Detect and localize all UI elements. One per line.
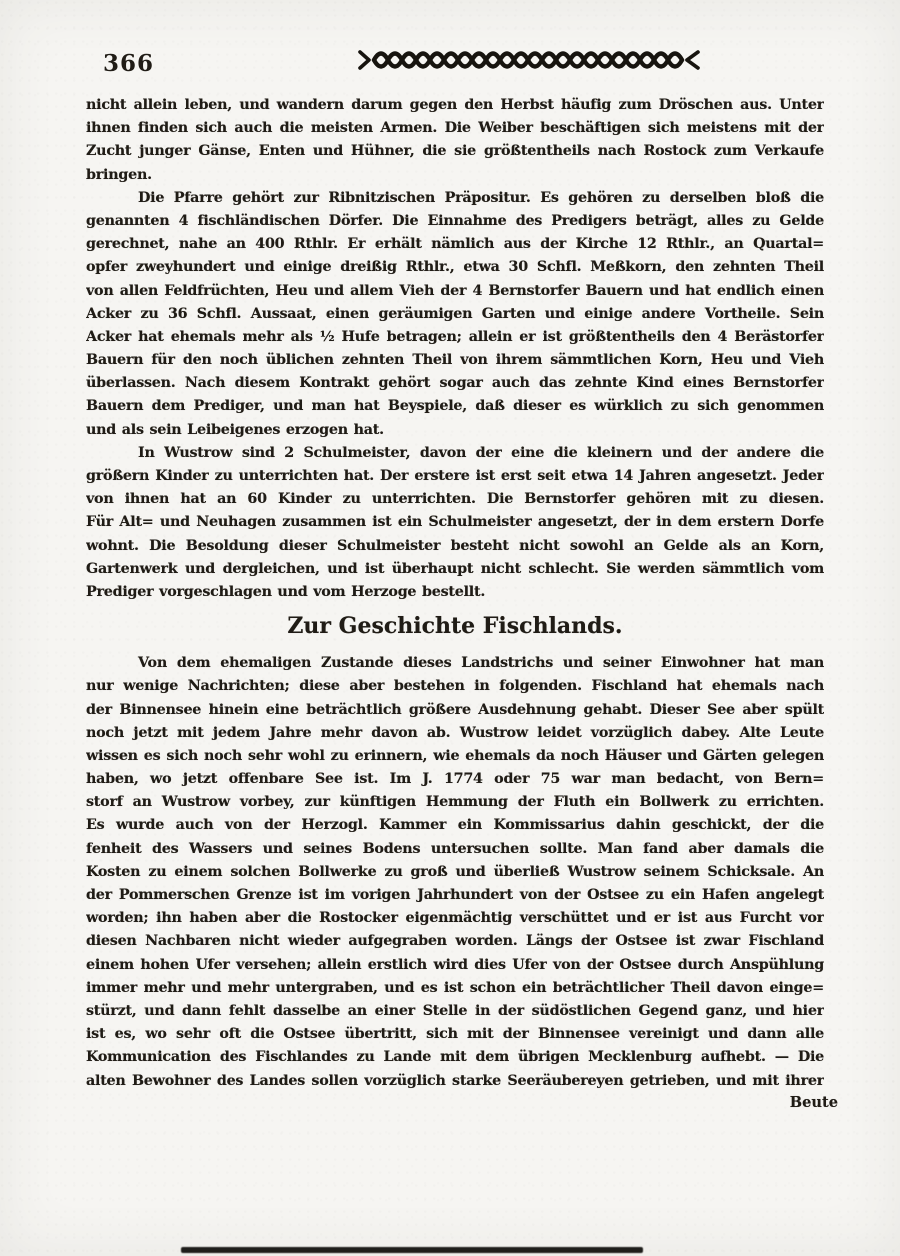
text-line: von allen Feldfrüchten, Heu und allem Vi… [86, 280, 824, 303]
text-line: opfer zweyhundert und einige dreißig Rth… [86, 256, 824, 279]
text-line: von ihnen hat an 60 Kinder zu unterricht… [86, 488, 824, 511]
text-line: nicht allein leben, und wandern darum ge… [86, 94, 824, 117]
text-line: Prediger vorgeschlagen und vom Herzoge b… [86, 581, 824, 604]
text-line: gerechnet, nahe an 400 Rthlr. Er erhält … [86, 233, 824, 256]
text-line: wohnt. Die Besoldung dieser Schulmeister… [86, 535, 824, 558]
text-line: Kosten zu einem solchen Bollwerke zu gro… [86, 861, 824, 884]
text-line: Bauern dem Prediger, und man hat Beyspie… [86, 395, 824, 418]
chain-braid-ornament-icon [356, 45, 702, 75]
text-line: überlassen. Nach diesem Kontrakt gehört … [86, 372, 824, 395]
text-line: Die Pfarre gehört zur Ribnitzischen Präp… [86, 187, 824, 210]
text-line: Von dem ehemaligen Zustande dieses Lands… [86, 652, 824, 675]
text-line: Acker hat ehemals mehr als ½ Hufe betrag… [86, 326, 824, 349]
text-line: Acker zu 36 Schfl. Aussaat, einen geräum… [86, 303, 824, 326]
paragraph-continuation: nicht allein leben, und wandern darum ge… [86, 94, 824, 187]
catchword: Beute [86, 1094, 838, 1111]
text-line: der Binnensee hinein eine beträchtlich g… [86, 699, 824, 722]
text-line: genannten 4 fischländischen Dörfer. Die … [86, 210, 824, 233]
text-line: alten Bewohner des Landes sollen vorzügl… [86, 1070, 824, 1093]
text-line: haben, wo jetzt offenbare See ist. Im J.… [86, 768, 824, 791]
section-heading: Zur Geschichte Fischlands. [86, 610, 824, 642]
page-body: nicht allein leben, und wandern darum ge… [86, 94, 824, 1111]
text-line: Zucht junger Gänse, Enten und Hühner, di… [86, 140, 824, 163]
text-line: In Wustrow sind 2 Schulmeister, davon de… [86, 442, 824, 465]
text-line: fenheit des Wassers und seines Bodens un… [86, 838, 824, 861]
text-line: ihnen finden sich auch die meisten Armen… [86, 117, 824, 140]
text-line: nur wenige Nachrichten; diese aber beste… [86, 675, 824, 698]
scan-edge-artifact [181, 1247, 643, 1253]
text-line: Für Alt= und Neuhagen zusammen ist ein S… [86, 511, 824, 534]
text-line: Gartenwerk und dergleichen, und ist über… [86, 558, 824, 581]
text-line: größern Kinder zu unterrichten hat. Der … [86, 465, 824, 488]
paragraph-pfarre: Die Pfarre gehört zur Ribnitzischen Präp… [86, 187, 824, 442]
text-line: wissen es sich noch sehr wohl zu erinner… [86, 745, 824, 768]
text-line: der Pommerschen Grenze ist im vorigen Ja… [86, 884, 824, 907]
text-line: Es wurde auch von der Herzogl. Kammer ei… [86, 814, 824, 837]
text-line: immer mehr und mehr untergraben, und es … [86, 977, 824, 1000]
text-line: einem hohen Ufer versehen; allein erstli… [86, 954, 824, 977]
paragraph-schulmeister: In Wustrow sind 2 Schulmeister, davon de… [86, 442, 824, 604]
text-line: Kommunication des Fischlandes zu Lande m… [86, 1046, 824, 1069]
page-number: 366 [103, 50, 154, 77]
text-line: Bauern für den noch üblichen zehnten The… [86, 349, 824, 372]
text-line: stürzt, und dann fehlt dasselbe an einer… [86, 1000, 824, 1023]
paragraph-geschichte: Von dem ehemaligen Zustande dieses Lands… [86, 652, 824, 1093]
text-line: und als sein Leibeigenes erzogen hat. [86, 419, 824, 442]
text-line: noch jetzt mit jedem Jahre mehr davon ab… [86, 722, 824, 745]
text-line: diesen Nachbaren nicht wieder aufgegrabe… [86, 930, 824, 953]
text-line: storf an Wustrow vorbey, zur künftigen H… [86, 791, 824, 814]
text-line: worden; ihn haben aber die Rostocker eig… [86, 907, 824, 930]
text-line: bringen. [86, 164, 824, 187]
text-line: ist es, wo sehr oft die Ostsee übertritt… [86, 1023, 824, 1046]
